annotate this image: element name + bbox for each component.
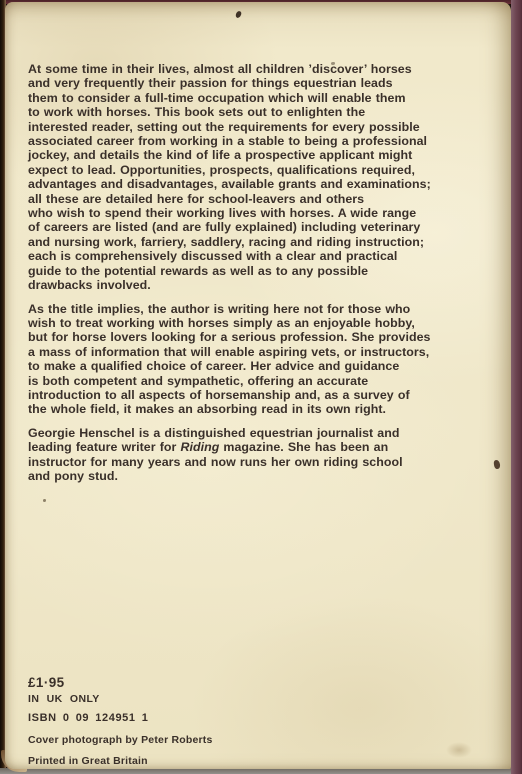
bio-text: magazine. She has been an bbox=[219, 440, 388, 454]
magazine-title: Riding bbox=[180, 440, 219, 454]
blurb-paragraph-3: Georgie Henschel is a distinguished eque… bbox=[28, 426, 506, 484]
blurb-paragraph-1: At some time in their lives, almost all … bbox=[28, 62, 506, 293]
author-bio-line: Georgie Henschel is a distinguished eque… bbox=[28, 426, 506, 440]
printed-in-note: Printed in Great Britain bbox=[28, 755, 148, 767]
cover-photo-credit: Cover photograph by Peter Roberts bbox=[28, 734, 213, 746]
blurb-text: At some time in their lives, almost all … bbox=[28, 62, 506, 492]
price-label: £1·95 bbox=[28, 675, 65, 690]
author-bio-line: and pony stud. bbox=[28, 469, 506, 483]
book-back-cover-scan: At some time in their lives, almost all … bbox=[0, 0, 522, 774]
author-bio-line: leading feature writer for Riding magazi… bbox=[28, 440, 506, 454]
price-region-note: IN UK ONLY bbox=[28, 693, 100, 705]
paper-smudge bbox=[446, 742, 472, 758]
author-bio-line: instructor for many years and now runs h… bbox=[28, 455, 506, 469]
blurb-paragraph-2: As the title implies, the author is writ… bbox=[28, 302, 506, 417]
bio-text: leading feature writer for bbox=[28, 440, 180, 454]
adjacent-cover-spine-strip bbox=[511, 0, 522, 774]
isbn-number: ISBN 0 09 124951 1 bbox=[28, 712, 148, 724]
